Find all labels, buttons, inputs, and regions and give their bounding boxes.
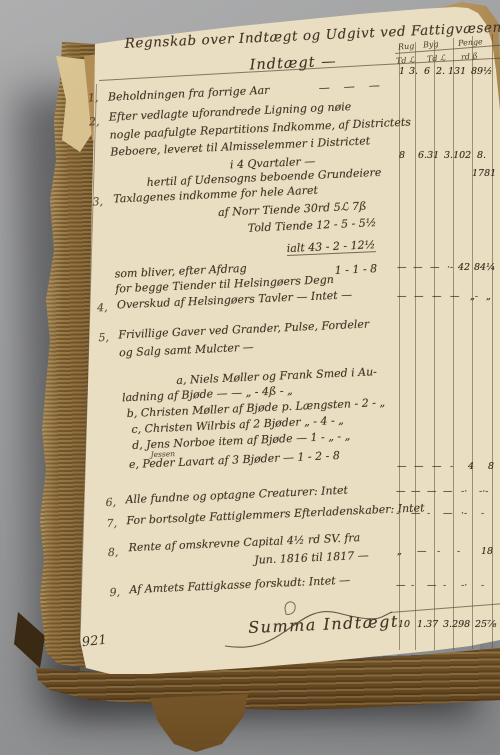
ledger-amount: 84¼ — [474, 262, 495, 273]
ledger-amount: -·- — [479, 486, 488, 497]
ledger-amount: — — [427, 580, 437, 591]
ledger-amount: — — [432, 291, 442, 302]
ledger-amount: — — [414, 291, 424, 302]
ledger-amount: 4 — [468, 461, 474, 472]
ledger-amount: „ — [486, 291, 491, 302]
ledger-amount: 8 — [399, 150, 405, 161]
ledger-amount: — — [430, 262, 440, 273]
column-header-label: Rug — [398, 41, 415, 51]
amount-columns: 13.62.13189½86.313.1028.1781———·-4284¼——… — [0, 0, 500, 755]
ledger-amount: — — [397, 262, 407, 273]
ledger-amount: — — [414, 461, 424, 472]
ledger-amount: — — [443, 508, 453, 519]
ledger-amount: - — [437, 546, 440, 557]
ledger-amount: 3. — [409, 66, 418, 77]
ledger-amount: — — [450, 291, 460, 302]
ledger-amount: - — [481, 508, 484, 519]
ledger-amount: 1781 — [472, 168, 496, 179]
ledger-amount: — — [432, 461, 442, 472]
ledger-amount: — — [413, 262, 423, 273]
ledger-amount: -· — [461, 486, 467, 497]
ledger-amount: „- — [470, 291, 478, 302]
photograph-of-ledger-book: Regnskab over Indtægt og Udgivt ved Fatt… — [0, 0, 500, 755]
folio-page-number: 921 — [81, 633, 107, 651]
ledger-amount: ·- — [461, 508, 467, 519]
ledger-amount: — — [443, 486, 453, 497]
ledger-amount: 3.298 — [443, 619, 470, 630]
ledger-amount: 25⅞ — [475, 619, 496, 630]
ledger-amount: — — [417, 546, 427, 557]
ledger-amount: — — [411, 508, 421, 519]
ledger-amount: - — [457, 546, 460, 557]
ledger-amount: 18 — [481, 546, 493, 557]
ledger-amount: 131 — [448, 66, 466, 77]
column-header-label: Td ℒ — [396, 55, 415, 65]
ledger-amount: 3.102 — [444, 150, 471, 161]
ledger-amount: 8 — [488, 461, 494, 472]
ledger-amount: 2. — [436, 66, 445, 77]
ledger-amount: 89½ — [471, 66, 492, 77]
ledger-amount: — — [411, 486, 421, 497]
column-header-label: Td ℒ — [427, 53, 446, 63]
ledger-amount: — — [397, 291, 407, 302]
ledger-amount: - — [450, 461, 453, 472]
ledger-amount: 6 — [424, 66, 430, 77]
ledger-amount: 1.37 — [417, 619, 438, 630]
ledger-amount: ·- — [447, 262, 453, 273]
ledger-amount: 6.31 — [418, 150, 439, 161]
ledger-amount: 1 — [399, 66, 405, 77]
ledger-amount: - — [411, 580, 414, 591]
column-header-label: rd ß — [461, 51, 478, 61]
ledger-amount: -· — [461, 580, 467, 591]
ledger-amount: - — [427, 508, 430, 519]
ledger-amount: — — [427, 486, 437, 497]
column-header-label: Penge — [458, 37, 483, 48]
ledger-amount: „ — [397, 546, 402, 557]
ledger-amount: — — [397, 461, 407, 472]
ledger-amount: - — [396, 508, 399, 519]
ledger-amount: 10 — [398, 619, 410, 630]
ledger-amount: 8. — [477, 150, 486, 161]
ledger-amount: — — [396, 486, 406, 497]
ledger-amount: — — [396, 580, 406, 591]
ledger-amount: - — [443, 580, 446, 591]
ledger-amount: 42 — [458, 262, 470, 273]
column-header-label: Byg — [423, 39, 439, 49]
ledger-amount: - — [481, 580, 484, 591]
